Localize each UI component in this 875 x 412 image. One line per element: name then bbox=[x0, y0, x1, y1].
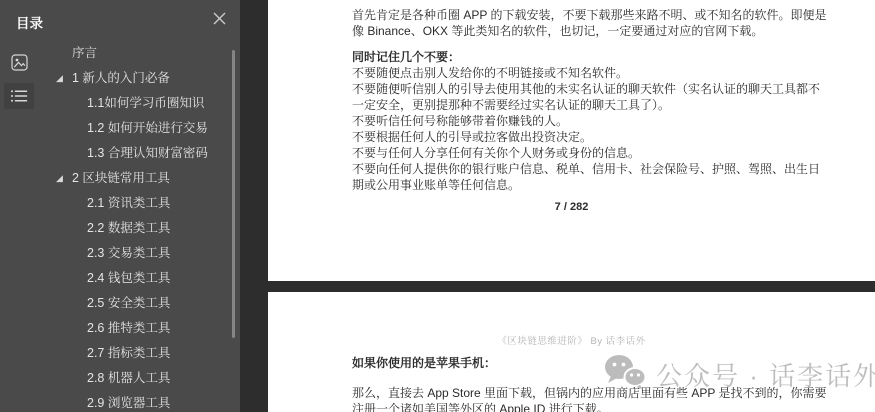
close-icon[interactable] bbox=[210, 9, 228, 27]
toc-item-label: 2.1 资讯类工具 bbox=[87, 196, 170, 210]
expanded-triangle-icon[interactable]: ◢ bbox=[56, 66, 63, 91]
document-page-7: 首先肯定是各种币圈 APP 的下载安装，不要下载那些来路不明、或不知名的软件。即… bbox=[268, 0, 875, 281]
toc-item-label: 1.3 合理认知财富密码 bbox=[87, 146, 208, 160]
toc-item-label: 2.7 指标类工具 bbox=[87, 346, 170, 360]
toc-item[interactable]: 2.3 交易类工具 bbox=[0, 241, 230, 266]
toc-item[interactable]: 序言 bbox=[0, 41, 230, 66]
toc-item[interactable]: 2.5 安全类工具 bbox=[0, 291, 230, 316]
toc-item[interactable]: 1.3 合理认知财富密码 bbox=[0, 141, 230, 166]
toc-item-label: 2 区块链常用工具 bbox=[72, 171, 170, 185]
toc-list: 序言◢1 新人的入门必备1.1如何学习币圈知识1.2 如何开始进行交易1.3 合… bbox=[0, 41, 230, 412]
toc-item-label: 2.8 机器人工具 bbox=[87, 371, 170, 385]
toc-item-label: 2.3 交易类工具 bbox=[87, 246, 170, 260]
toc-item[interactable]: 2.6 推特类工具 bbox=[0, 316, 230, 341]
page-number: 7 / 282 bbox=[268, 201, 875, 213]
section-heading: 如果你使用的是苹果手机： bbox=[352, 354, 496, 371]
doc-line: 不要与任何人分享任何有关你个人财务或身份的信息。 bbox=[352, 145, 837, 161]
toc-item[interactable]: 2.1 资讯类工具 bbox=[0, 191, 230, 216]
doc-line: 首先肯定是各种币圈 APP 的下载安装，不要下载那些来路不明、或不知名的软件。即… bbox=[352, 7, 837, 23]
toc-item[interactable]: 2.9 浏览器工具 bbox=[0, 391, 230, 412]
toc-item[interactable]: 2.8 机器人工具 bbox=[0, 366, 230, 391]
page-7-text: 首先肯定是各种币圈 APP 的下载安装，不要下载那些来路不明、或不知名的软件。即… bbox=[352, 7, 837, 193]
doc-line: 不要听信任何号称能够带着你赚钱的人。 bbox=[352, 113, 837, 129]
toc-item-label: 2.6 推特类工具 bbox=[87, 321, 170, 335]
toc-item-label: 2.5 安全类工具 bbox=[87, 296, 170, 310]
sidebar-scrollbar[interactable] bbox=[232, 50, 235, 338]
toc-item[interactable]: 1.2 如何开始进行交易 bbox=[0, 116, 230, 141]
doc-line: 像 Binance、OKX 等此类知名的软件，也切记，一定要通过对应的官网下载。 bbox=[352, 23, 837, 39]
doc-line: 不要向任何人提供你的银行账户信息、税单、信用卡、社会保险号、护照、驾照、出生日 bbox=[352, 161, 837, 177]
doc-line: 一定安全，更别提那种不需要经过实名认证的聊天工具了）。 bbox=[352, 97, 837, 113]
wechat-watermark: 公众号 · 话李话外 bbox=[604, 354, 875, 395]
wechat-icon bbox=[604, 354, 646, 395]
toc-item-label: 2.2 数据类工具 bbox=[87, 221, 170, 235]
doc-line: 期或公用事业账单等任何信息。 bbox=[352, 177, 837, 193]
toc-item[interactable]: ◢1 新人的入门必备 bbox=[0, 66, 230, 91]
sidebar-title: 目录 bbox=[16, 12, 43, 32]
toc-item-label: 2.9 浏览器工具 bbox=[87, 396, 170, 410]
expanded-triangle-icon[interactable]: ◢ bbox=[56, 166, 63, 191]
body-line-clipped: 注册一个诸如美国等外区的 Apple ID 进行下载。 bbox=[352, 400, 609, 412]
toc-item-label: 序言 bbox=[72, 46, 97, 60]
toc-sidebar: 目录 bbox=[0, 0, 240, 412]
running-header: 《区块链思维进阶》 By 话李话外 bbox=[268, 333, 875, 347]
doc-line: 同时记住几个不要： bbox=[352, 49, 837, 65]
doc-line: 不要随便点击别人发给你的不明链接或不知名软件。 bbox=[352, 65, 837, 81]
toc-item[interactable]: 2.2 数据类工具 bbox=[0, 216, 230, 241]
toc-item[interactable]: 2.4 钱包类工具 bbox=[0, 266, 230, 291]
toc-item-label: 1.1如何学习币圈知识 bbox=[87, 96, 204, 110]
toc-item[interactable]: ◢2 区块链常用工具 bbox=[0, 166, 230, 191]
paragraph-gap bbox=[352, 39, 837, 49]
toc-item-label: 2.4 钱包类工具 bbox=[87, 271, 170, 285]
toc-item-label: 1 新人的入门必备 bbox=[72, 71, 170, 85]
toc-item[interactable]: 2.7 指标类工具 bbox=[0, 341, 230, 366]
doc-line: 不要随便听信别人的引导去使用其他的未实名认证的聊天软件（实名认证的聊天工具都不 bbox=[352, 81, 837, 97]
doc-line: 不要根据任何人的引导或拉客做出投资决定。 bbox=[352, 129, 837, 145]
toc-item-label: 1.2 如何开始进行交易 bbox=[87, 121, 208, 135]
toc-item[interactable]: 1.1如何学习币圈知识 bbox=[0, 91, 230, 116]
watermark-text: 公众号 · 话李话外 bbox=[656, 356, 875, 393]
